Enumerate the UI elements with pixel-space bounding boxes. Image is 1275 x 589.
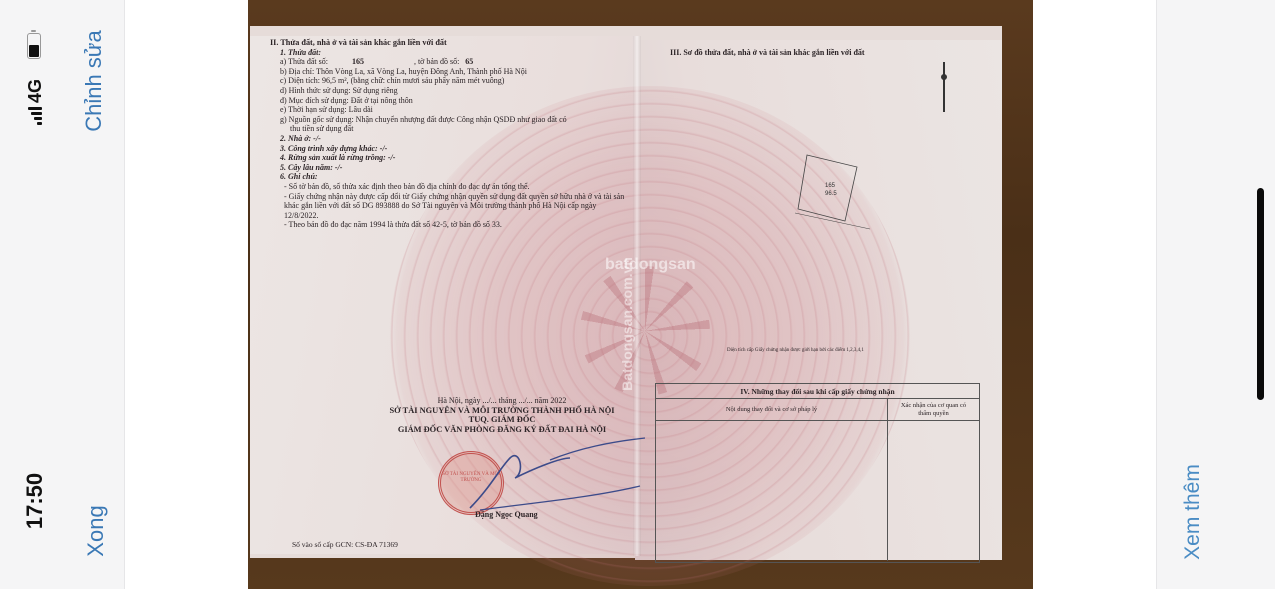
north-arrow-icon bbox=[943, 62, 945, 112]
section3-title: III. Sơ đồ thửa đất, nhà ở và tài sản kh… bbox=[670, 48, 865, 58]
changes-table-body bbox=[656, 421, 979, 561]
scroll-indicator[interactable] bbox=[1257, 188, 1264, 400]
signer-name: Đặng Ngọc Quang bbox=[475, 510, 538, 520]
note-item: - Theo bản đồ đo đạc năm 1994 là thửa đấ… bbox=[284, 220, 630, 230]
battery-level bbox=[29, 45, 39, 57]
edit-button[interactable]: Chỉnh sửa bbox=[79, 21, 109, 141]
left-toolbar: 17:50 4G Chỉnh sửa Xong bbox=[0, 0, 125, 589]
watermark-vertical: Batdongsan.com.vn bbox=[619, 257, 635, 391]
changes-cell bbox=[656, 421, 888, 561]
origin-cont: thu tiền sử dụng đất bbox=[270, 124, 630, 134]
changes-col-content: Nội dung thay đổi và cơ sở pháp lý bbox=[656, 399, 888, 420]
status-time: 17:50 bbox=[20, 464, 50, 538]
section4-title: IV. Những thay đổi sau khi cấp giấy chứn… bbox=[656, 384, 979, 399]
issue-date: Hà Nội, ngày .../... tháng .../... năm 2… bbox=[372, 396, 632, 406]
signal-icon bbox=[28, 107, 42, 125]
signature-icon bbox=[440, 428, 650, 518]
usage-form: d) Hình thức sử dụng: Sử dụng riêng bbox=[270, 86, 630, 96]
certificate-paper: II. Thửa đất, nhà ở và tài sản khác gắn … bbox=[250, 26, 1002, 558]
usage-term: e) Thời hạn sử dụng: Lâu dài bbox=[270, 105, 630, 115]
parcel-heading: 1. Thửa đất: bbox=[270, 48, 630, 58]
note-item: - Số tờ bản đồ, số thửa xác định theo bả… bbox=[284, 182, 630, 192]
notes-list: - Số tờ bản đồ, số thửa xác định theo bả… bbox=[270, 182, 630, 230]
parcel-number-row: a) Thửa đất số: 165 , tờ bản đồ số: 65 bbox=[270, 57, 630, 67]
svg-text:96.5: 96.5 bbox=[825, 191, 837, 197]
map-sheet-number: 65 bbox=[465, 57, 473, 66]
section2-title: II. Thửa đất, nhà ở và tài sản khác gắn … bbox=[270, 38, 630, 48]
parcel-shape-icon: 165 96.5 bbox=[795, 151, 870, 231]
note-item: - Giấy chứng nhận này được cấp đổi từ Gi… bbox=[284, 192, 630, 221]
svg-text:165: 165 bbox=[825, 183, 836, 189]
parcel-number: 165 bbox=[352, 57, 364, 66]
network-label: 4G bbox=[25, 79, 46, 103]
origin: g) Nguồn gốc sử dụng: Nhận chuyển nhượng… bbox=[270, 115, 630, 125]
plot-note: Diện tích cấp Giấy chứng nhận được giới … bbox=[727, 346, 864, 356]
see-more-button[interactable]: Xem thêm bbox=[1178, 459, 1208, 565]
done-button[interactable]: Xong bbox=[81, 493, 111, 569]
usage-purpose: đ) Mục đích sử dụng: Đất ở tại nông thôn bbox=[270, 96, 630, 106]
authority: SỞ TÀI NGUYÊN VÀ MÔI TRƯỜNG THÀNH PHỐ HÀ… bbox=[372, 406, 632, 416]
perennial-trees: 5. Cây lâu năm: -/- bbox=[270, 163, 630, 173]
on-behalf: TUQ. GIÁM ĐỐC bbox=[372, 415, 632, 425]
serial-number: Số vào sổ cấp GCN: CS-ĐA 71369 bbox=[292, 540, 398, 550]
parcel-diagram: 165 96.5 bbox=[795, 151, 870, 231]
status-network: 4G bbox=[22, 55, 48, 125]
drum-star-pattern bbox=[580, 266, 710, 396]
house: 2. Nhà ở: -/- bbox=[270, 134, 630, 144]
changes-col-confirm: Xác nhận của cơ quan có thẩm quyền bbox=[888, 399, 979, 420]
notes-heading: 6. Ghi chú: bbox=[270, 172, 630, 182]
changes-table: IV. Những thay đổi sau khi cấp giấy chứn… bbox=[655, 383, 980, 563]
changes-table-header: Nội dung thay đổi và cơ sở pháp lý Xác n… bbox=[656, 399, 979, 421]
production-forest: 4. Rừng sản xuất là rừng trồng: -/- bbox=[270, 153, 630, 163]
area: c) Diện tích: 96,5 m², (bằng chữ: chín m… bbox=[270, 76, 630, 86]
certificate-photo[interactable]: II. Thửa đất, nhà ở và tài sản khác gắn … bbox=[248, 0, 1033, 589]
battery-icon bbox=[27, 33, 41, 59]
address: b) Địa chỉ: Thôn Vòng La, xã Vòng La, hu… bbox=[270, 67, 630, 77]
other-construction: 3. Công trình xây dựng khác: -/- bbox=[270, 144, 630, 154]
land-info-section: II. Thửa đất, nhà ở và tài sản khác gắn … bbox=[270, 38, 630, 230]
